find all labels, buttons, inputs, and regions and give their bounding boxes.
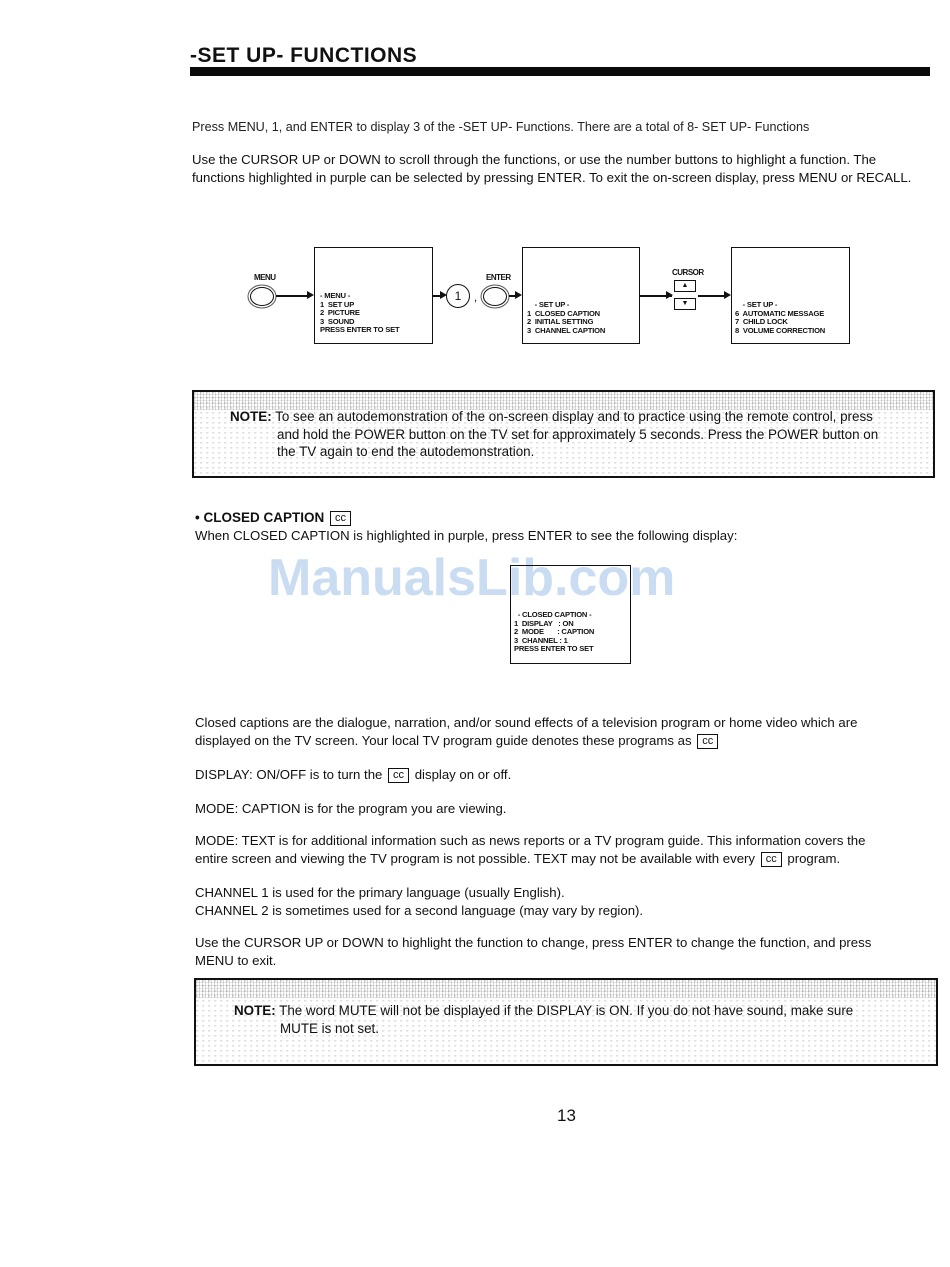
enter-button-icon: [483, 287, 507, 306]
separator: ,: [474, 292, 477, 304]
note-2-line-2: MUTE is not set.: [280, 1020, 379, 1038]
arrow-head-icon: [666, 291, 673, 299]
cc-icon: cc: [761, 852, 782, 867]
menu-button-icon: [250, 287, 274, 306]
page-title: -SET UP- FUNCTIONS: [190, 44, 417, 68]
note-box-autodemo: NOTE: To see an autodemonstration of the…: [192, 390, 935, 478]
arrow-icon: [276, 295, 308, 297]
text: display on or off.: [415, 767, 512, 782]
note-text: The word MUTE will not be displayed if t…: [279, 1003, 853, 1018]
screen-setup-1-text: - SET UP - 1 CLOSED CAPTION 2 INITIAL SE…: [527, 301, 605, 335]
intro-paragraph: Use the CURSOR UP or DOWN to scroll thro…: [192, 151, 932, 187]
screen-menu: - MENU - 1 SET UP 2 PICTURE 3 SOUND PRES…: [314, 247, 433, 344]
note-box-mute: NOTE: The word MUTE will not be displaye…: [194, 978, 938, 1066]
screen-setup-2: - SET UP - 6 AUTOMATIC MESSAGE 7 CHILD L…: [731, 247, 850, 344]
body-p1-line2: displayed on the TV screen. Your local T…: [195, 732, 720, 750]
screen-setup-1: - SET UP - 1 CLOSED CAPTION 2 INITIAL SE…: [522, 247, 640, 344]
page-number: 13: [557, 1106, 576, 1126]
screen-closed-caption-text: - CLOSED CAPTION - 1 DISPLAY : ON 2 MODE…: [514, 611, 594, 654]
note-text: To see an autodemonstration of the on-sc…: [275, 409, 873, 424]
body-p6-line1: Use the CURSOR UP or DOWN to highlight t…: [195, 934, 871, 952]
body-p4-line1: MODE: TEXT is for additional information…: [195, 832, 865, 850]
cc-icon: cc: [330, 511, 351, 526]
screen-closed-caption: - CLOSED CAPTION - 1 DISPLAY : ON 2 MODE…: [510, 565, 631, 664]
body-p1-line1: Closed captions are the dialogue, narrat…: [195, 714, 857, 732]
body-p4-line2: entire screen and viewing the TV program…: [195, 850, 840, 868]
note-label: NOTE:: [230, 409, 272, 424]
heading-text: CLOSED CAPTION: [204, 510, 325, 525]
arrow-icon: [698, 295, 726, 297]
enter-button-label: ENTER: [486, 273, 511, 282]
number-1-button-icon: 1: [446, 284, 470, 308]
note-1-line-1: NOTE: To see an autodemonstration of the…: [230, 408, 873, 426]
note-2-line-1: NOTE: The word MUTE will not be displaye…: [234, 1002, 853, 1020]
bullet: •: [195, 510, 200, 525]
note-speckle: [196, 980, 936, 998]
body-p6-line2: MENU to exit.: [195, 952, 276, 970]
text: entire screen and viewing the TV program…: [195, 851, 755, 866]
screen-setup-2-text: - SET UP - 6 AUTOMATIC MESSAGE 7 CHILD L…: [735, 301, 825, 335]
cc-icon: cc: [388, 768, 409, 783]
menu-button-label: MENU: [254, 273, 276, 282]
note-label: NOTE:: [234, 1003, 276, 1018]
cc-icon: cc: [697, 734, 718, 749]
cursor-down-icon: ▼: [674, 298, 696, 310]
note-1-line-2: and hold the POWER button on the TV set …: [277, 426, 878, 444]
intro-line: Press MENU, 1, and ENTER to display 3 of…: [192, 118, 932, 136]
body-p2: DISPLAY: ON/OFF is to turn the cc displa…: [195, 766, 511, 784]
closed-caption-intro: When CLOSED CAPTION is highlighted in pu…: [195, 527, 737, 545]
text: DISPLAY: ON/OFF is to turn the: [195, 767, 382, 782]
cursor-label: CURSOR: [672, 268, 704, 277]
note-1-line-3: the TV again to end the autodemonstratio…: [277, 443, 534, 461]
body-p5-line1: CHANNEL 1 is used for the primary langua…: [195, 884, 565, 902]
title-rule: [190, 67, 930, 76]
arrow-head-icon: [724, 291, 731, 299]
arrow-head-icon: [515, 291, 522, 299]
body-p5-line2: CHANNEL 2 is sometimes used for a second…: [195, 902, 643, 920]
cursor-up-icon: ▲: [674, 280, 696, 292]
screen-menu-text: - MENU - 1 SET UP 2 PICTURE 3 SOUND PRES…: [320, 292, 399, 335]
arrow-head-icon: [307, 291, 314, 299]
section-heading-closed-caption: • CLOSED CAPTION cc: [195, 510, 353, 526]
body-p3: MODE: CAPTION is for the program you are…: [195, 800, 506, 818]
text: displayed on the TV screen. Your local T…: [195, 733, 692, 748]
text: program.: [787, 851, 840, 866]
